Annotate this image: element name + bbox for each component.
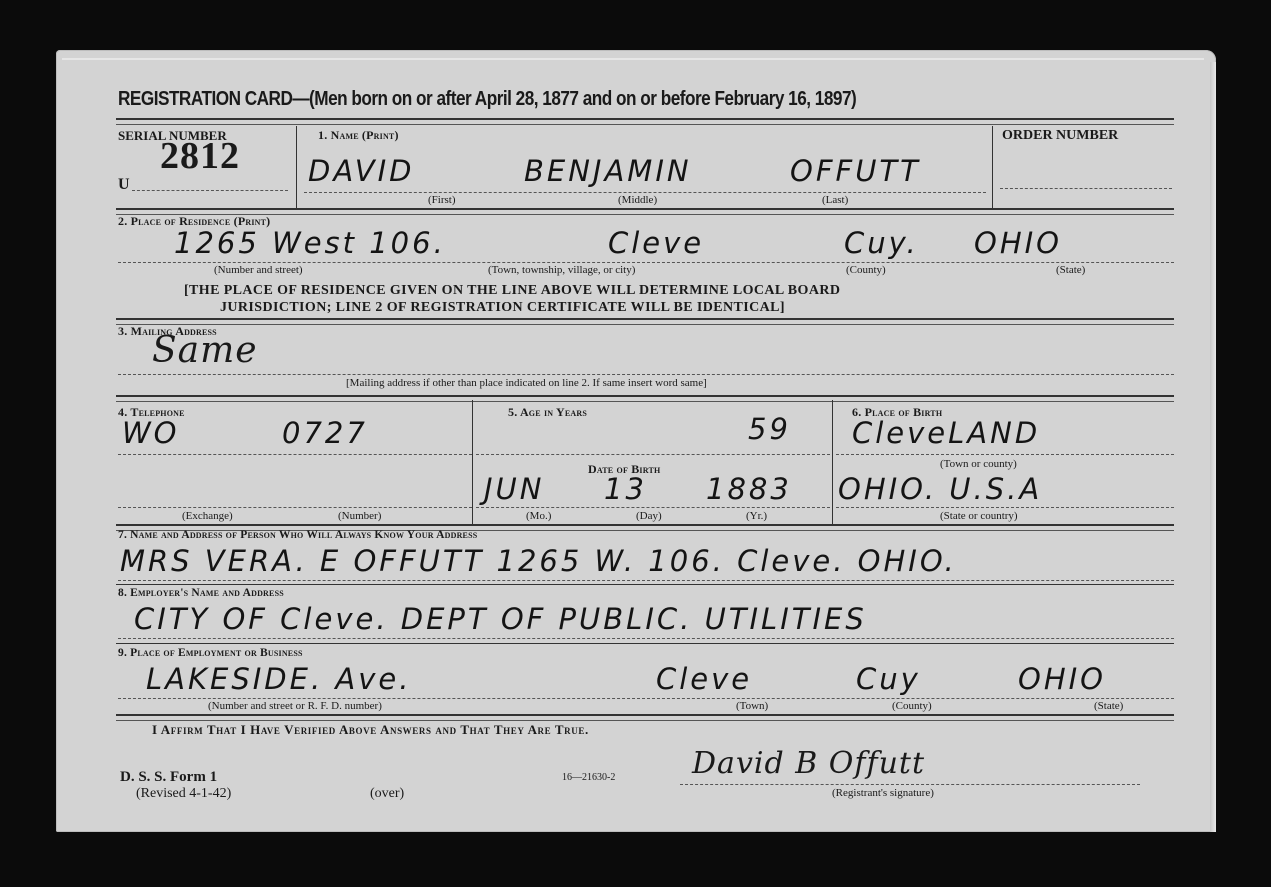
order-number-label: ORDER NUMBER <box>1002 128 1118 144</box>
employer-label: 8. Employer's Name and Address <box>118 587 284 599</box>
contact-label: 7. Name and Address of Person Who Will A… <box>118 529 477 541</box>
name-last-caption: (Last) <box>822 194 848 206</box>
name-line <box>304 192 986 193</box>
employment-town: Cleve <box>656 662 752 696</box>
contact-value: MRS VERA. E OFFUTT 1265 W. 106. Cleve. O… <box>120 544 957 578</box>
employment-county-caption: (County) <box>892 700 932 712</box>
employment-state-caption: (State) <box>1094 700 1123 712</box>
name-label: 1. Name (Print) <box>318 128 399 143</box>
dob-line <box>476 507 830 508</box>
birthplace-town-caption: (Town or county) <box>940 458 1017 470</box>
dob-month: JUN <box>484 472 544 506</box>
registration-card: REGISTRATION CARD—(Men born on or after … <box>56 50 1216 832</box>
serial-prefix: U <box>118 176 130 194</box>
form-name: D. S. S. Form 1 <box>120 769 217 786</box>
mailing-caption: [Mailing address if other than place ind… <box>346 377 707 389</box>
employment-county: Cuy <box>856 662 921 696</box>
birthplace-line2 <box>836 507 1174 508</box>
telephone-line1 <box>118 454 472 455</box>
form-over: (over) <box>370 786 404 802</box>
row1-rule <box>116 208 1174 215</box>
form-revised: (Revised 4-1-42) <box>136 786 231 802</box>
residence-county-caption: (County) <box>846 264 886 276</box>
card-title: REGISTRATION CARD—(Men born on or after … <box>118 88 856 111</box>
signature-line <box>680 784 1140 785</box>
name-last: OFFUTT <box>790 154 921 188</box>
signature-caption: (Registrant's signature) <box>832 787 934 799</box>
affirmation-text: I Affirm That I Have Verified Above Answ… <box>152 722 589 738</box>
residence-street-caption: (Number and street) <box>214 264 303 276</box>
telephone-number-caption: (Number) <box>338 510 381 522</box>
name-middle-caption: (Middle) <box>618 194 657 206</box>
residence-notice-line1: [THE PLACE OF RESIDENCE GIVEN ON THE LIN… <box>184 283 840 299</box>
employment-town-caption: (Town) <box>736 700 768 712</box>
name-first: DAVID <box>308 154 414 188</box>
age-divider <box>832 400 833 526</box>
order-number-line <box>1000 188 1172 189</box>
employer-line <box>118 638 1174 639</box>
serial-line <box>132 190 288 191</box>
row9-rule <box>116 714 1174 721</box>
dob-year-caption: (Yr.) <box>746 510 767 522</box>
residence-street: 1265 West 106. <box>174 226 446 260</box>
row3-rule <box>116 395 1174 402</box>
dob-day: 13 <box>604 472 647 506</box>
residence-line <box>118 262 1174 263</box>
residence-state: OHIO <box>974 226 1062 260</box>
name-middle: BENJAMIN <box>524 154 692 188</box>
residence-town: Cleve <box>608 226 704 260</box>
birthplace-line1 <box>836 454 1174 455</box>
dob-day-caption: (Day) <box>636 510 662 522</box>
employment-state: OHIO <box>1018 662 1106 696</box>
birthplace-state-caption: (State or country) <box>940 510 1018 522</box>
telephone-exchange-caption: (Exchange) <box>182 510 233 522</box>
form-print-code: 16—21630-2 <box>562 772 615 783</box>
telephone-divider <box>472 400 473 526</box>
residence-state-caption: (State) <box>1056 264 1085 276</box>
telephone-line2 <box>118 507 472 508</box>
birthplace-town: CleveLAND <box>852 416 1040 450</box>
employer-value: CITY OF Cleve. DEPT OF PUBLIC. UTILITIES <box>134 602 867 636</box>
dob-year: 1883 <box>706 472 792 506</box>
row8-rule <box>116 643 1174 644</box>
age-line <box>476 454 830 455</box>
order-divider <box>992 126 993 210</box>
residence-county: Cuy. <box>844 226 919 260</box>
title-rule <box>116 118 1174 125</box>
employment-line <box>118 698 1174 699</box>
serial-divider <box>296 126 297 210</box>
birthplace-state: OHIO. U.S.A <box>838 472 1042 506</box>
registrant-signature: David B Offutt <box>692 746 925 781</box>
dob-month-caption: (Mo.) <box>526 510 551 522</box>
name-first-caption: (First) <box>428 194 456 206</box>
telephone-exchange: WO <box>122 416 180 450</box>
telephone-number: 0727 <box>282 416 368 450</box>
employment-place-label: 9. Place of Employment or Business <box>118 647 303 659</box>
serial-number-value: 2812 <box>160 134 240 178</box>
employment-street-caption: (Number and street or R. F. D. number) <box>208 700 382 712</box>
row7-rule <box>116 584 1174 585</box>
age-label: 5. Age in Years <box>508 405 587 420</box>
contact-line <box>118 580 1174 581</box>
mailing-value: Same <box>152 330 258 371</box>
residence-town-caption: (Town, township, village, or city) <box>488 264 635 276</box>
residence-notice-line2: JURISDICTION; LINE 2 OF REGISTRATION CER… <box>220 300 785 316</box>
age-value: 59 <box>748 412 791 446</box>
employment-street: LAKESIDE. Ave. <box>146 662 411 696</box>
row2-rule <box>116 318 1174 325</box>
mailing-line <box>118 374 1174 375</box>
